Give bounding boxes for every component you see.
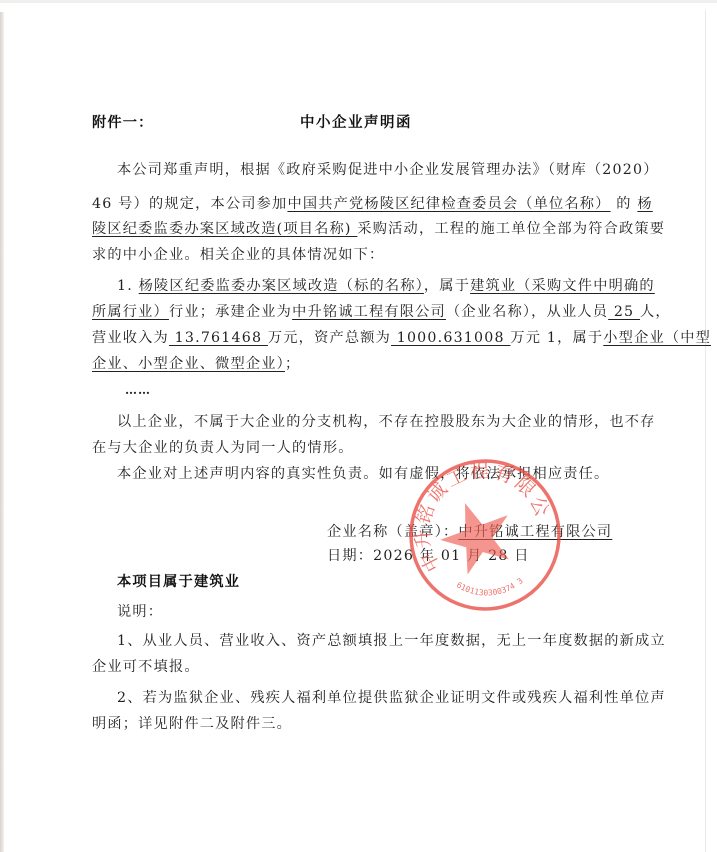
item-text: 万元 1，属于 bbox=[510, 330, 603, 346]
page-right-edge bbox=[705, 10, 706, 852]
company-name: 中升铭诚工程有限公司 bbox=[292, 304, 446, 320]
project-name-part1: 杨 bbox=[637, 196, 652, 212]
seal-serial: 6101130300374 3 bbox=[453, 560, 526, 610]
item-text: 人， bbox=[640, 304, 671, 320]
subject-name: 杨陵区纪委监委办案区域改造（标的名称） bbox=[139, 278, 424, 294]
signature-company-row: 企业名称（盖章）：中升铭诚工程有限公司 bbox=[327, 522, 612, 542]
declaration-line-4: 求的中小企业。相关企业的具体情况如下： bbox=[92, 245, 384, 265]
project-name-part2: 陵区纪委监委办案区域改造(项目名称) bbox=[92, 221, 357, 237]
company-label: 企业名称（盖章）： bbox=[327, 524, 458, 540]
industry-heading: 本项目属于建筑业 bbox=[117, 572, 240, 592]
responsibility-statement: 本企业对上述声明内容的真实性负责。如有虚假，将依法承担相应责任。 bbox=[117, 464, 609, 484]
notes-label: 说明： bbox=[117, 602, 163, 622]
page-left-edge bbox=[0, 12, 4, 852]
document-title: 中小企业声明函 bbox=[300, 113, 412, 133]
item1-line-3: 营业收入为 13.761468 万元，资产总额为 1000.631008 万元 … bbox=[92, 328, 711, 348]
item1-line-4: 企业、小型企业、微型企业）； bbox=[92, 354, 300, 374]
industry-part2: 所属行业） bbox=[92, 304, 169, 320]
note-2-line-2: 明函；详见附件二及附件三。 bbox=[92, 714, 292, 734]
signature-date-row: 日期：2026 年 01 月 28 日 bbox=[327, 546, 530, 566]
item1-line-1: 1. 杨陵区纪委监委办案区域改造（标的名称），属于建筑业（采购文件中明确的 bbox=[117, 276, 655, 296]
item-number: 1. bbox=[117, 278, 139, 294]
item1-line-2: 所属行业）行业；承建企业为中升铭诚工程有限公司（企业名称），从业人员 25 人， bbox=[92, 302, 671, 322]
unit-name: 中国共产党杨陵区纪律检查委员会（单位名称） bbox=[287, 196, 610, 212]
svg-text:6101130300374 3: 6101130300374 3 bbox=[453, 560, 526, 610]
declaration-text: 46 号）的规定，本公司参加 bbox=[92, 196, 287, 212]
declaration-line-3: 陵区纪委监委办案区域改造(项目名称) 采购活动，工程的施工单位全部为符合政策要 bbox=[92, 219, 665, 239]
statement-line-1: 以上企业，不属于大企业的分支机构，不存在控股股东为大企业的情形，也不存 bbox=[117, 412, 656, 432]
industry-part1: 建筑业（采购文件中明确的 bbox=[470, 278, 655, 294]
revenue-value: 13.761468 bbox=[169, 330, 268, 346]
item-text: （企业名称），从业人员 bbox=[446, 304, 608, 320]
item-text: ，属于 bbox=[424, 278, 470, 294]
signature-company-name: 中升铭诚工程有限公司 bbox=[458, 524, 612, 540]
item-text: ； bbox=[285, 356, 300, 372]
item-text: 营业收入为 bbox=[92, 330, 169, 346]
note-1-line-1: 1、从业人员、营业收入、资产总额填报上一年度数据，无上一年度数据的新成立 bbox=[117, 631, 666, 651]
enterprise-size-part1: 小型企业（中型 bbox=[603, 330, 711, 346]
enterprise-size-part2: 企业、小型企业、微型企业） bbox=[92, 356, 285, 372]
note-1-line-2: 企业可不填报。 bbox=[92, 657, 200, 677]
employee-count: 25 bbox=[608, 304, 640, 320]
item-text: 行业；承建企业为 bbox=[169, 304, 292, 320]
declaration-text: 采购活动，工程的施工单位全部为符合政策要 bbox=[357, 221, 665, 237]
statement-line-2: 在与大企业的负责人为同一人的情形。 bbox=[92, 438, 354, 458]
ellipsis: …… bbox=[125, 380, 151, 400]
declaration-line-1: 本公司郑重声明，根据《政府采购促进中小企业发展管理办法》（财库（2020） bbox=[117, 160, 659, 180]
date-value: 2026 年 01 月 28 日 bbox=[373, 548, 530, 564]
declaration-line-2: 46 号）的规定，本公司参加中国共产党杨陵区纪律检查委员会（单位名称） 的 杨 bbox=[92, 194, 653, 214]
page-top-edge bbox=[0, 0, 717, 3]
declaration-text: 的 bbox=[611, 196, 638, 212]
item-text: 万元，资产总额为 bbox=[268, 330, 391, 346]
date-label: 日期： bbox=[327, 548, 373, 564]
attachment-label: 附件一： bbox=[92, 113, 154, 133]
note-2-line-1: 2、若为监狱企业、残疾人福利单位提供监狱企业证明文件或残疾人福利性单位声 bbox=[117, 688, 666, 708]
assets-value: 1000.631008 bbox=[391, 330, 510, 346]
